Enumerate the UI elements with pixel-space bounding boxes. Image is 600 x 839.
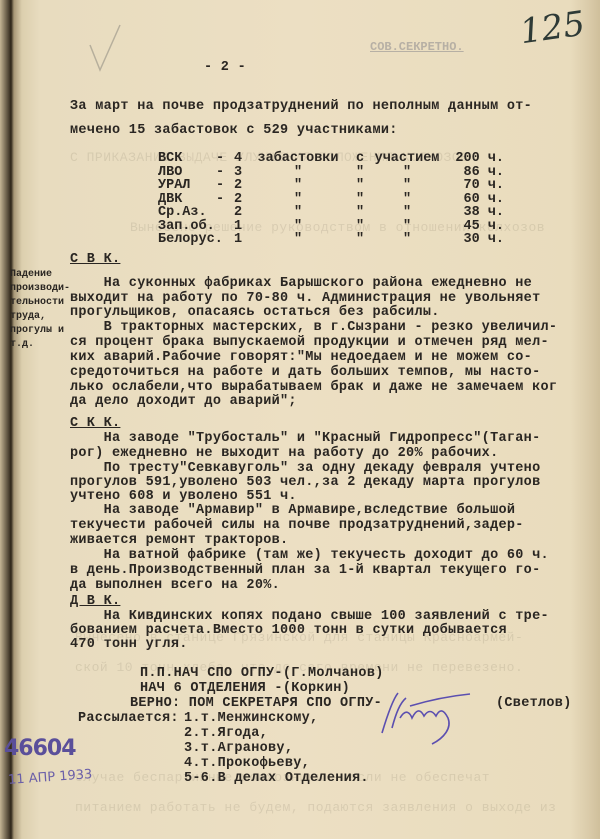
section-line: живается ремонт тракторов. bbox=[70, 533, 288, 548]
participants: 30 ч. bbox=[442, 233, 504, 247]
section-line: да дело доходит до аварий"; bbox=[70, 394, 297, 409]
participants-label: " bbox=[372, 233, 442, 247]
table-row: Ср.Аз. 2 " " " 38 ч. bbox=[158, 206, 504, 220]
participants-label: участием bbox=[372, 152, 442, 166]
with-label: " bbox=[348, 166, 372, 180]
table-row: УРАЛ - 2 " " " 70 ч. bbox=[158, 179, 504, 193]
section-line: ких аварий.Рабочие говорят:"Мы недоедаем… bbox=[70, 350, 532, 365]
table-row: Белорус. 1 " " " 30 ч. bbox=[158, 233, 504, 247]
participants: 45 ч. bbox=[442, 220, 504, 234]
with-label: " bbox=[348, 233, 372, 247]
participants-label: " bbox=[372, 179, 442, 193]
with-label: " bbox=[348, 206, 372, 220]
section-line: текучести рабочей силы на почве продзатр… bbox=[70, 518, 524, 533]
dash: - bbox=[216, 193, 234, 207]
section-line: прогульщиков, опасаясь остаться без рабс… bbox=[70, 305, 440, 320]
count: 2 bbox=[234, 206, 248, 220]
strike-label: " bbox=[248, 179, 348, 193]
strikes-table: ВСК - 4 забастовки с участием 200 ч. ЛВО… bbox=[158, 152, 504, 247]
verified-label: ВЕРНО: ПОМ СЕКРЕТАРЯ СПО ОГПУ- bbox=[130, 696, 382, 711]
section-line: По тресту"Севкавуголь" за одну декаду фе… bbox=[70, 461, 540, 476]
registration-stamp-number: 46604 bbox=[4, 736, 76, 761]
participants: 70 ч. bbox=[442, 179, 504, 193]
section-line: В тракторных мастерских, в г.Сызрани - р… bbox=[70, 320, 557, 335]
section-line: выходит на работу по 70-80 ч. Администра… bbox=[70, 291, 540, 306]
count: 1 bbox=[234, 233, 248, 247]
distribution-item: 5-6.В делах Отделения. bbox=[184, 771, 369, 786]
participants-label: " bbox=[372, 206, 442, 220]
margin-note: Падение производи- тельности труда, прог… bbox=[10, 268, 70, 352]
participants-label: " bbox=[372, 166, 442, 180]
strike-label: " bbox=[248, 166, 348, 180]
verified-name: (Светлов) bbox=[496, 696, 572, 711]
section-line: прогулов 591,уволено 503 чел.,за 2 декад… bbox=[70, 475, 540, 490]
classification-stamp: СОВ.СЕКРЕТНО. bbox=[370, 40, 464, 54]
region: ДВК bbox=[158, 193, 216, 207]
bleed-through-text: питанием работать не будем, подаются зая… bbox=[75, 800, 556, 815]
section-line: На суконных фабриках Барышского района е… bbox=[70, 276, 532, 291]
signature-line-2: НАЧ 6 ОТДЕЛЕНИЯ -(Коркин) bbox=[140, 681, 350, 696]
page-number: - 2 - bbox=[204, 60, 246, 75]
section-line: На Кивдинских копях подано свыше 100 зая… bbox=[70, 609, 549, 624]
dash: - bbox=[216, 179, 234, 193]
count: 4 bbox=[234, 152, 248, 166]
with-label: " bbox=[348, 179, 372, 193]
participants-label: " bbox=[372, 220, 442, 234]
dash: - bbox=[216, 166, 234, 180]
count: 1 bbox=[234, 220, 248, 234]
intro-line-1: За март на почве продзатруднений по непо… bbox=[70, 99, 532, 114]
participants: 86 ч. bbox=[442, 166, 504, 180]
section-line: средоточиться на работе и дать больших т… bbox=[70, 365, 540, 380]
distribution-item: 2.т.Ягода, bbox=[184, 726, 268, 741]
distribution-item: 3.т.Агранову, bbox=[184, 741, 293, 756]
participants: 60 ч. bbox=[442, 193, 504, 207]
strike-label: забастовки bbox=[248, 152, 348, 166]
dash: - bbox=[216, 152, 234, 166]
with-label: с bbox=[348, 152, 372, 166]
strike-label: " bbox=[248, 193, 348, 207]
section-heading-dvk: Д В К. bbox=[70, 594, 120, 609]
section-line: На заводе "Трубосталь" и "Красный Гидроп… bbox=[70, 431, 540, 446]
with-label: " bbox=[348, 220, 372, 234]
table-row: ВСК - 4 забастовки с участием 200 ч. bbox=[158, 152, 504, 166]
distribution-item: 4.т.Прокофьеву, bbox=[184, 756, 310, 771]
section-line: лько ослабели,что вырабатываем брак и да… bbox=[70, 380, 557, 395]
handwritten-signature-icon bbox=[370, 688, 480, 748]
region: Зап.об. bbox=[158, 220, 234, 234]
section-line: в день.Производственный план за 1-й квар… bbox=[70, 563, 540, 578]
section-line: На заводе "Армавир" в Армавире,вследстви… bbox=[70, 503, 515, 518]
region: ЛВО bbox=[158, 166, 216, 180]
signature-line-1: П.П.НАЧ СПО ОГПУ-(Г.Молчанов) bbox=[140, 666, 384, 681]
strike-label: " bbox=[248, 220, 348, 234]
count: 2 bbox=[234, 193, 248, 207]
participants-label: " bbox=[372, 193, 442, 207]
section-line: учтено 608 и уволено 551 ч. bbox=[70, 489, 297, 504]
strike-label: " bbox=[248, 233, 348, 247]
section-line: ся процент брака выпускаемой продукции и… bbox=[70, 335, 549, 350]
section-line: бованием расчета.Вместо 1000 тонн в сутк… bbox=[70, 623, 507, 638]
participants: 200 ч. bbox=[442, 152, 504, 166]
table-row: ЛВО - 3 " " " 86 ч. bbox=[158, 166, 504, 180]
count: 2 bbox=[234, 179, 248, 193]
count: 3 bbox=[234, 166, 248, 180]
section-line: рог) ежедневно не выходит на работу до 2… bbox=[70, 446, 498, 461]
document-page: С ПРИКАЗАНИЕ ВЫДАЧЕ УЛУЧШЕНИЯ ПОЛОЖЕНИЯ … bbox=[0, 0, 600, 839]
section-heading-skk: С К К. bbox=[70, 416, 120, 431]
handwritten-sheet-number: 125 bbox=[518, 4, 588, 53]
distribution-item: 1.т.Менжинскому, bbox=[184, 711, 318, 726]
participants: 38 ч. bbox=[442, 206, 504, 220]
strike-label: " bbox=[248, 206, 348, 220]
region: Белорус. bbox=[158, 233, 234, 247]
table-row: Зап.об. 1 " " " 45 ч. bbox=[158, 220, 504, 234]
distribution-label: Рассылается: bbox=[78, 711, 179, 726]
region: УРАЛ bbox=[158, 179, 216, 193]
section-line: да выполнен всего на 20%. bbox=[70, 578, 280, 593]
region: ВСК bbox=[158, 152, 216, 166]
pencil-checkmark-icon bbox=[85, 20, 125, 80]
section-line: 470 тонн угля. bbox=[70, 637, 188, 652]
section-line: На ватной фабрике (там же) текучесть дох… bbox=[70, 548, 549, 563]
region: Ср.Аз. bbox=[158, 206, 234, 220]
intro-line-2: мечено 15 забастовок с 529 участниками: bbox=[70, 123, 398, 138]
with-label: " bbox=[348, 193, 372, 207]
section-heading-svk: С В К. bbox=[70, 252, 120, 267]
table-row: ДВК - 2 " " " 60 ч. bbox=[158, 193, 504, 207]
